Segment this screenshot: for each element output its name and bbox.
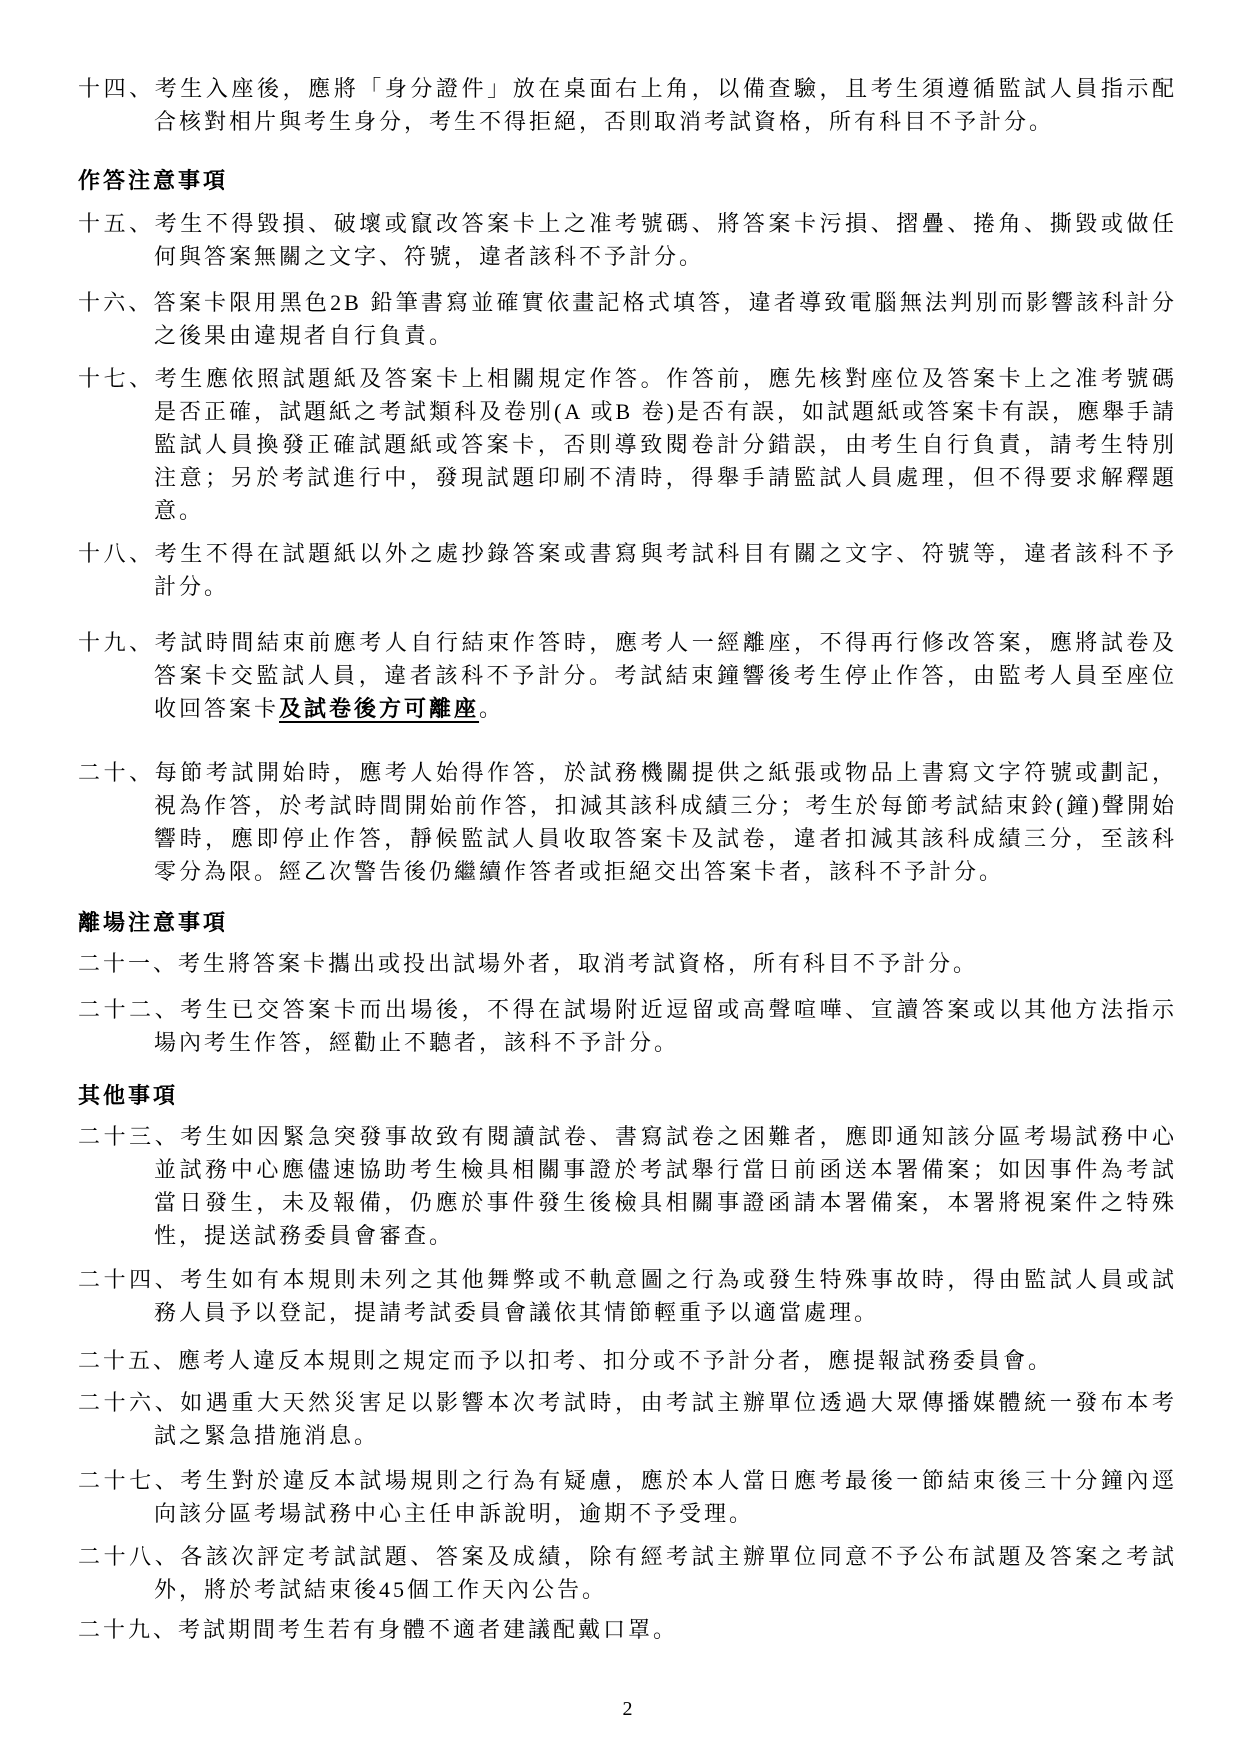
item-number: 二十四、 [78,1267,180,1292]
item-number: 二十、 [78,760,155,785]
item-text: 考生入座後，應將「身分證件」放在桌面右上角，以備查驗，且考生須遵循監試人員指示配… [154,76,1177,134]
item-number: 十五、 [78,211,155,236]
item-number: 二十九、 [78,1617,178,1642]
rule-item-29: 二十九、考試期間考生若有身體不適者建議配戴口罩。 [78,1613,1177,1646]
item-text: 考試期間考生若有身體不適者建議配戴口罩。 [178,1617,678,1642]
item-number: 二十八、 [78,1544,180,1569]
item-number: 十九、 [78,630,155,655]
rule-item-20: 二十、每節考試開始時，應考人始得作答，於試務機關提供之紙張或物品上書寫文字符號或… [78,756,1177,888]
section-header-other: 其他事項 [78,1079,1177,1112]
rule-item-18: 十八、考生不得在試題紙以外之處抄錄答案或書寫與考試科目有關之文字、符號等，違者該… [78,537,1177,603]
document-page: { "document": { "page_number": "2", "blo… [0,0,1241,1755]
rule-item-26: 二十六、如遇重大天然災害足以影響本次考試時，由考試主辦單位透過大眾傳播媒體統一發… [78,1386,1177,1452]
rule-item-28: 二十八、各該次評定考試試題、答案及成績，除有經考試主辦單位同意不予公布試題及答案… [78,1540,1177,1606]
item-text: 如遇重大天然災害足以影響本次考試時，由考試主辦單位透過大眾傳播媒體統一發布本考試… [154,1390,1177,1448]
rule-item-22: 二十二、考生已交答案卡而出場後，不得在試場附近逗留或高聲喧嘩、宣讀答案或以其他方… [78,993,1177,1059]
item-text: 答案卡限用黑色2B 鉛筆書寫並確實依畫記格式填答，違者導致電腦無法判別而影響該科… [154,290,1177,348]
item-number: 二十六、 [78,1390,180,1415]
page-body: 十四、考生入座後，應將「身分證件」放在桌面右上角，以備查驗，且考生須遵循監試人員… [0,0,1241,1755]
item-text: 應考人違反本規則之規定而予以扣考、扣分或不予計分者，應提報試務委員會。 [178,1348,1053,1373]
item-number: 十六、 [78,290,154,315]
item-text: 考生如有本規則未列之其他舞弊或不軌意圖之行為或發生特殊事故時，得由監試人員或試務… [154,1267,1177,1325]
rule-item-17: 十七、考生應依照試題紙及答案卡上相關規定作答。作答前，應先核對座位及答案卡上之准… [78,362,1177,527]
rule-item-23: 二十三、考生如因緊急突發事故致有閱讀試卷、書寫試卷之困難者，應即通知該分區考場試… [78,1120,1177,1252]
item-text: 考生如因緊急突發事故致有閱讀試卷、書寫試卷之困難者，應即通知該分區考場試務中心並… [154,1124,1177,1248]
rule-item-14: 十四、考生入座後，應將「身分證件」放在桌面右上角，以備查驗，且考生須遵循監試人員… [78,72,1177,138]
item-number: 十七、 [78,366,155,391]
rule-item-24: 二十四、考生如有本規則未列之其他舞弊或不軌意圖之行為或發生特殊事故時，得由監試人… [78,1263,1177,1329]
rule-item-27: 二十七、考生對於違反本試場規則之行為有疑慮，應於本人當日應考最後一節結束後三十分… [78,1464,1177,1530]
page-number: 2 [78,1694,1177,1724]
item-text-underlined: 及試卷後方可離座 [279,696,479,721]
item-text-after: 。 [479,696,504,721]
rule-item-16: 十六、答案卡限用黑色2B 鉛筆書寫並確實依畫記格式填答，違者導致電腦無法判別而影… [78,286,1177,352]
item-number: 二十五、 [78,1348,178,1373]
item-number: 二十三、 [78,1124,180,1149]
item-number: 二十七、 [78,1468,180,1493]
item-number: 二十一、 [78,951,178,976]
section-header-leaving: 離場注意事項 [78,906,1177,939]
item-number: 十八、 [78,541,155,566]
rule-item-15: 十五、考生不得毀損、破壞或竄改答案卡上之准考號碼、將答案卡污損、摺疊、捲角、撕毀… [78,207,1177,273]
item-text: 各該次評定考試試題、答案及成績，除有經考試主辦單位同意不予公布試題及答案之考試外… [154,1544,1177,1602]
item-number: 十四、 [78,76,155,101]
item-text: 考生對於違反本試場規則之行為有疑慮，應於本人當日應考最後一節結束後三十分鐘內逕向… [154,1468,1177,1526]
section-header-answering: 作答注意事項 [78,164,1177,197]
item-text: 考生不得毀損、破壞或竄改答案卡上之准考號碼、將答案卡污損、摺疊、捲角、撕毀或做任… [154,211,1177,269]
rule-item-25: 二十五、應考人違反本規則之規定而予以扣考、扣分或不予計分者，應提報試務委員會。 [78,1344,1177,1377]
item-number: 二十二、 [78,997,180,1022]
item-text: 考生將答案卡攜出或投出試場外者，取消考試資格，所有科目不予計分。 [178,951,978,976]
item-text: 考生不得在試題紙以外之處抄錄答案或書寫與考試科目有關之文字、符號等，違者該科不予… [154,541,1177,599]
rule-item-21: 二十一、考生將答案卡攜出或投出試場外者，取消考試資格，所有科目不予計分。 [78,947,1177,980]
item-text: 考生已交答案卡而出場後，不得在試場附近逗留或高聲喧嘩、宣讀答案或以其他方法指示場… [154,997,1177,1055]
item-text: 每節考試開始時，應考人始得作答，於試務機關提供之紙張或物品上書寫文字符號或劃記，… [154,760,1177,884]
item-text: 考生應依照試題紙及答案卡上相關規定作答。作答前，應先核對座位及答案卡上之准考號碼… [154,366,1177,523]
rule-item-19: 十九、考試時間結束前應考人自行結束作答時，應考人一經離座，不得再行修改答案，應將… [78,626,1177,725]
